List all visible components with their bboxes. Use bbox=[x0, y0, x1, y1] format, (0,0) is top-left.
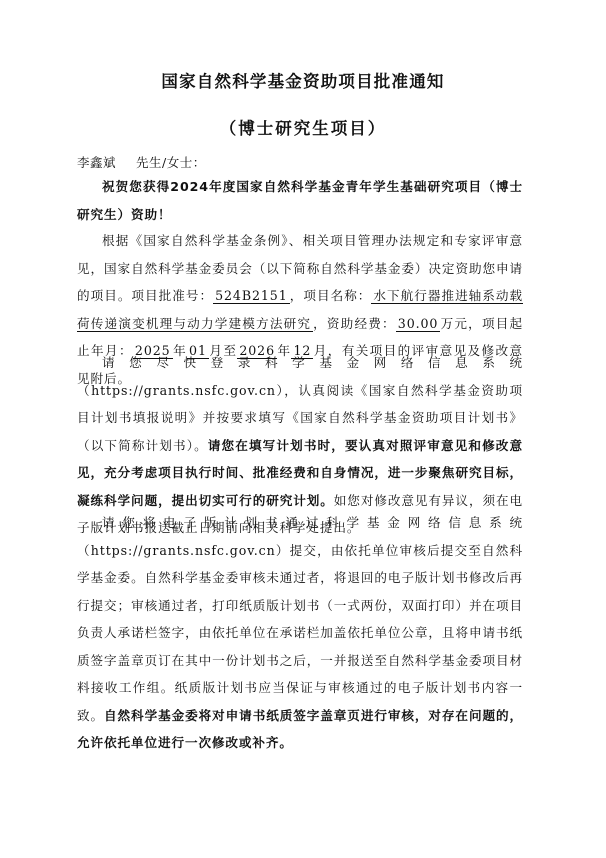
recipient-name: 李鑫斌 bbox=[77, 155, 116, 170]
recipient-honorific: 先生/女士： bbox=[136, 155, 206, 170]
funding-amount: 30.00 bbox=[396, 316, 441, 332]
submit-text: 请您将电子版计划书通过科学基金网络信息系统（https://grants.nsf… bbox=[77, 515, 523, 723]
submit-bold-text: 自然科学基金委将对申请书纸质签字盖章页进行审核，对存在问题的，允许依托单位进行一… bbox=[77, 708, 523, 751]
document-subtitle: （博士研究生项目） bbox=[0, 115, 606, 139]
funding-label: ，资助经费： bbox=[313, 316, 396, 331]
document-title: 国家自然科学基金资助项目批准通知 bbox=[0, 68, 606, 92]
submit-paragraph: 请您将电子版计划书通过科学基金网络信息系统（https://grants.nsf… bbox=[77, 509, 523, 757]
congratulation-paragraph: 祝贺您获得2024年度国家自然科学基金青年学生基础研究项目（博士研究生）资助！ bbox=[77, 173, 523, 228]
project-name-label: ，项目名称： bbox=[290, 288, 372, 303]
salutation: 李鑫斌先生/女士： bbox=[77, 153, 206, 171]
approval-number: 524B2151 bbox=[213, 288, 290, 304]
document-page: 国家自然科学基金资助项目批准通知 （博士研究生项目） 李鑫斌先生/女士： 祝贺您… bbox=[0, 0, 606, 858]
